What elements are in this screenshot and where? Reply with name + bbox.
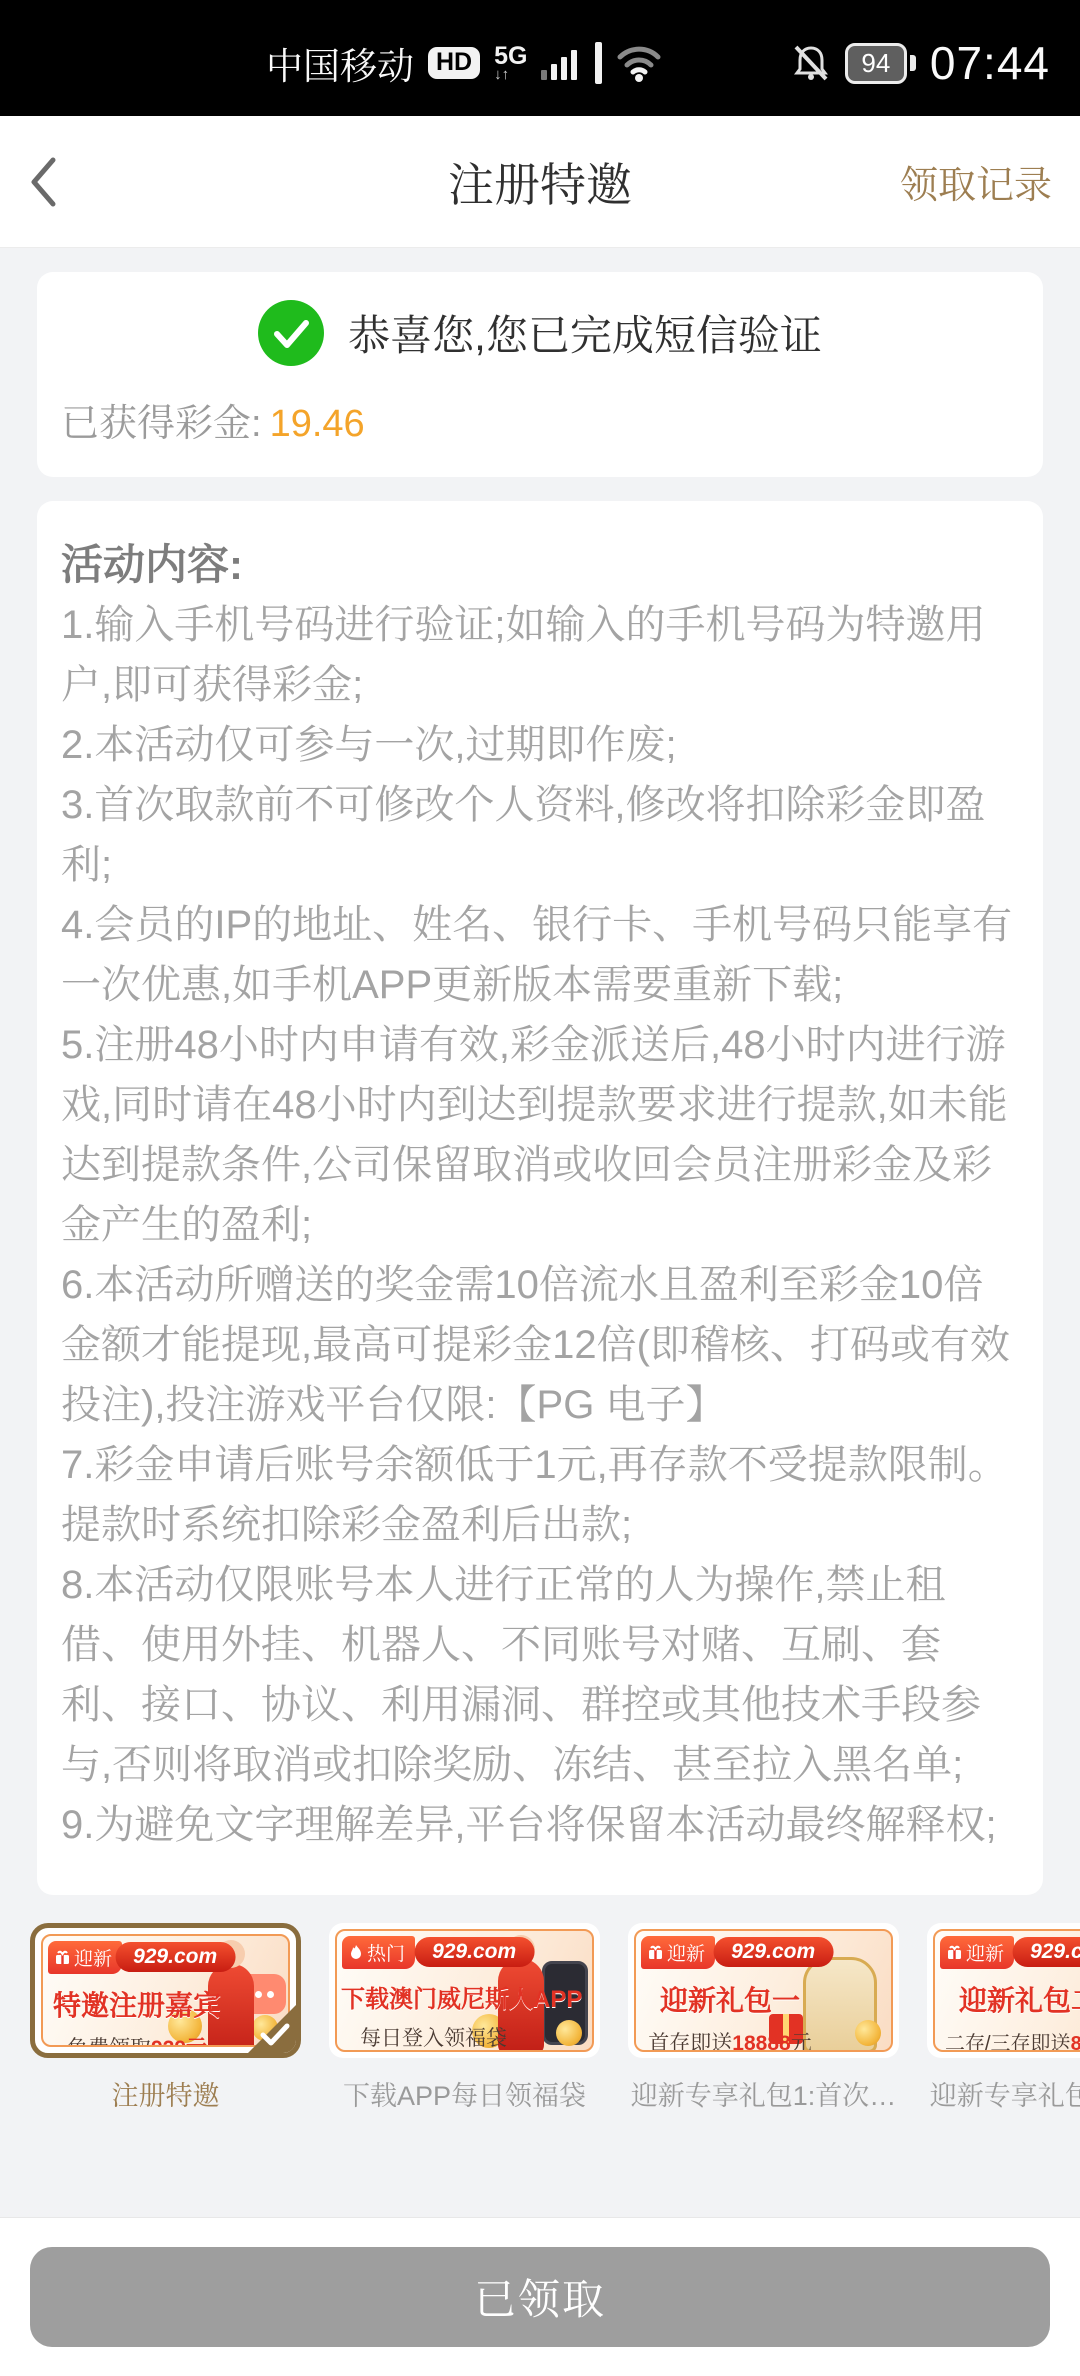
rule-item: 1.输入手机号码进行验证;如输入的手机号码为特邀用户,即可获得彩金; [61,595,1019,715]
battery-icon: 94 [845,43,916,84]
rule-item: 3.首次取款前不可修改个人资料,修改将扣除彩金即盈利; [61,775,1019,895]
bonus-amount: 19.46 [270,403,365,445]
promo-card-download-app[interactable]: 热门 929.com 下载澳门威尼斯人APP 每日登入领福袋 [329,1923,600,2113]
signal-bar-icon [595,42,602,84]
bottom-bar: 已领取 [0,2218,1080,2376]
promo-subtitle: 二存/三存即送8888元 [945,2027,1080,2052]
carrier-label: 中国移动 [266,36,414,90]
coin-icon [556,2020,582,2046]
promo-title: 特邀注册嘉宾 [53,1984,221,2024]
gift-icon [55,1950,70,1965]
promo-title: 下载澳门威尼斯人APP [341,1979,526,2014]
promo-card-register-invite[interactable]: 迎新 929.com 特邀注册嘉宾 免费领取929元 [30,1923,301,2113]
promo-caption: 下载APP每日领福袋 [329,2074,600,2113]
coin-icon [855,2020,881,2046]
rule-item: 5.注册48小时内申请有效,彩金派送后,48小时内进行游戏,同时请在48小时内到… [61,1015,1019,1255]
promo-subtitle: 首存即送18888元 [646,2027,814,2052]
promo-title: 迎新礼包二 [945,1979,1080,2019]
promo-tag: 迎新 [641,1936,715,1969]
promo-card-welcome-pack-1[interactable]: 迎新 929.com 迎新礼包一 首存即送18888元 迎新专享礼包1:首次… [628,1923,899,2113]
selected-check-icon [260,2023,290,2047]
rule-item: 4.会员的IP的地址、姓名、银行卡、手机号码只能享有一次优惠,如手机APP更新版… [61,895,1019,1015]
network-type-label: 5G↓↑ [494,45,527,81]
rule-item: 8.本活动仅限账号本人进行正常的人为操作,禁止租借、使用外挂、机器人、不同账号对… [61,1555,1019,1795]
gift-icon [648,1945,663,1960]
spacer [0,2113,1080,2218]
promo-site-label: 929.com [414,1937,534,1967]
gift-icon [947,1945,962,1960]
app-screen: 中国移动 HD 5G↓↑ 94 [0,0,1080,2376]
promo-subtitle: 免费领取929元 [53,2032,221,2047]
verification-card: 恭喜您,您已完成短信验证 已获得彩金:19.46 [37,272,1043,477]
rule-item: 7.彩金申请后账号余额低于1元,再存款不受提款限制。提款时系统扣除彩金盈利后出款… [61,1435,1019,1555]
promo-tag: 迎新 [940,1936,1014,1969]
back-button[interactable] [28,156,98,208]
battery-level: 94 [845,43,907,84]
promo-caption: 迎新专享礼包1:首次… [628,2074,899,2113]
rule-item: 9.为避免文字理解差异,平台将保留本活动最终解释权; [61,1795,1019,1855]
wifi-icon [616,43,662,83]
success-check-icon [258,300,324,366]
signal-strength-icon [541,46,577,80]
promo-site-label: 929.com [1012,1937,1080,1967]
activity-rules-card: 活动内容: 1.输入手机号码进行验证;如输入的手机号码为特邀用户,即可获得彩金;… [37,501,1043,1895]
status-bar: 中国移动 HD 5G↓↑ 94 [0,0,1080,116]
notifications-muted-icon [791,43,831,83]
claimed-button[interactable]: 已领取 [30,2247,1050,2347]
claim-history-link[interactable]: 领取记录 [900,154,1052,209]
promo-card-welcome-pack-2[interactable]: 迎新 929.com 迎新礼包二 二存/三存即送8888元 迎新专享礼包2:二存… [927,1923,1080,2113]
promo-caption: 迎新专享礼包2:二存… [927,2074,1080,2113]
rule-item: 6.本活动所赠送的奖金需10倍流水且盈利至彩金10倍金额才能提现,最高可提彩金1… [61,1255,1019,1435]
page-header: 注册特邀 领取记录 [0,116,1080,248]
promo-tag: 迎新 [48,1941,122,1974]
rules-title: 活动内容: [61,535,1019,595]
promotion-carousel[interactable]: 迎新 929.com 特邀注册嘉宾 免费领取929元 [0,1923,1080,2113]
flame-icon [349,1945,363,1961]
promo-site-label: 929.com [115,1942,235,1972]
verification-message: 恭喜您,您已完成短信验证 [348,303,822,363]
promo-site-label: 929.com [713,1937,833,1967]
chevron-left-icon [28,156,58,208]
promo-tag: 热门 [342,1936,415,1969]
promo-subtitle: 每日登入领福袋 [341,2022,526,2052]
clock-time: 07:44 [930,36,1050,90]
hd-badge: HD [428,47,480,79]
promo-title: 迎新礼包一 [646,1979,814,2019]
promo-caption: 注册特邀 [30,2074,301,2113]
rule-item: 2.本活动仅可参与一次,过期即作废; [61,715,1019,775]
bonus-label: 已获得彩金: [61,403,262,445]
